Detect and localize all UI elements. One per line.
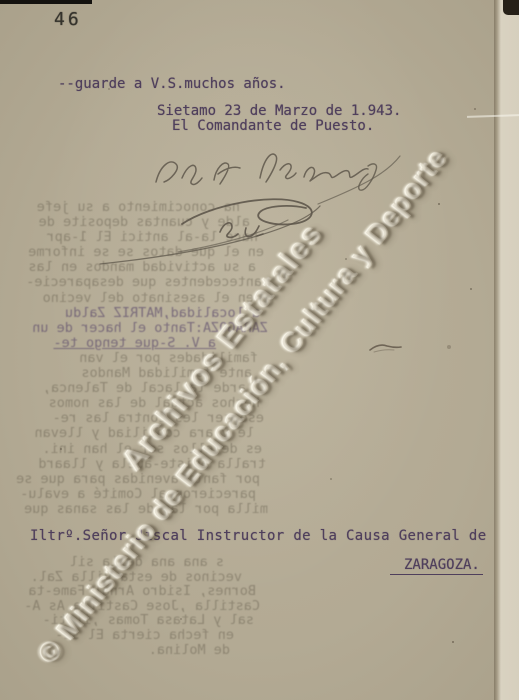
bleedthrough-line: familidades por el van (2, 351, 268, 366)
bleedthrough-line: Castilla ,Jose Castilla As A- (14, 599, 264, 614)
bleedthrough-line: eso ser les contra las re- (2, 411, 268, 426)
letter-closing-line: --guarde a V.S.muchos años. (58, 77, 286, 92)
bleedthrough-line: en el asesinato del vecino (2, 291, 268, 306)
pencil-smudge (366, 340, 406, 356)
handwritten-signature (82, 146, 402, 276)
letter-addressee-city: ZARAGOZA. (390, 558, 483, 573)
scan-top-edge-artifact (0, 0, 92, 4)
bleedthrough-line: s ana ana de la sil (14, 555, 264, 570)
bleedthrough-line: ZARAGOZA:Tanto el hacer de un (2, 321, 268, 336)
page-number: 46 (54, 9, 82, 30)
bleedthrough-line: le y ara conciliad y llevan (2, 426, 268, 441)
bleedthrough-line: en fecha cierta El se- (14, 628, 264, 643)
bleedthrough-line: por fanli avenidas para que se (2, 472, 268, 487)
bleedthrough-line: a localidad,MATRIZ Zaldu (2, 306, 268, 321)
letter-dateline: Sietamo 23 de Marzo de 1.943. (157, 104, 401, 119)
bleedthrough-line: antecedentes que desaparecie- (2, 275, 268, 290)
letter-signer-title: El Comandante de Puesto. (172, 119, 374, 134)
bleedthrough-line: de Molina. (14, 643, 264, 658)
bleedthrough-line: parecieron al Comité a evalu- (2, 487, 268, 502)
bleedthrough-line: ante familidad Mandos (2, 366, 268, 381)
bleedthrough-line: arde la lacal de Talenca, (2, 381, 268, 396)
bleedthrough-line: hechos actual de las nomos (2, 396, 268, 411)
bleedthrough-line: vecinos de esta villa Zal. (14, 570, 264, 585)
bleedthrough-line: es de ellos ser el han ini. (2, 442, 268, 457)
bleedthrough-line: sal y Latasa Tomas ,il ti- (14, 613, 264, 628)
bleedthrough-line: Bornes, Isidro Arnal Fame-ta (14, 584, 264, 599)
bleedthrough-line: a V. S-que tengo te- (2, 336, 268, 351)
scan-corner-artifact (503, 0, 519, 15)
addressee-city-text: ZARAGOZA. (390, 557, 483, 575)
bleedthrough-text-block-bottom: s ana ana de la silvecinos de esta villa… (14, 555, 264, 657)
bleedthrough-line: tralla asiste-auela y llaard (2, 457, 268, 472)
scanned-document-page: na conocimiento a su jefealde y cuantas … (0, 0, 519, 700)
scan-right-edge (494, 0, 519, 700)
letter-addressee-line: Iltrº.Señor Jiscal Instructor de la Caus… (30, 529, 487, 544)
bleedthrough-line: milla por las de las sanas que (2, 502, 268, 517)
